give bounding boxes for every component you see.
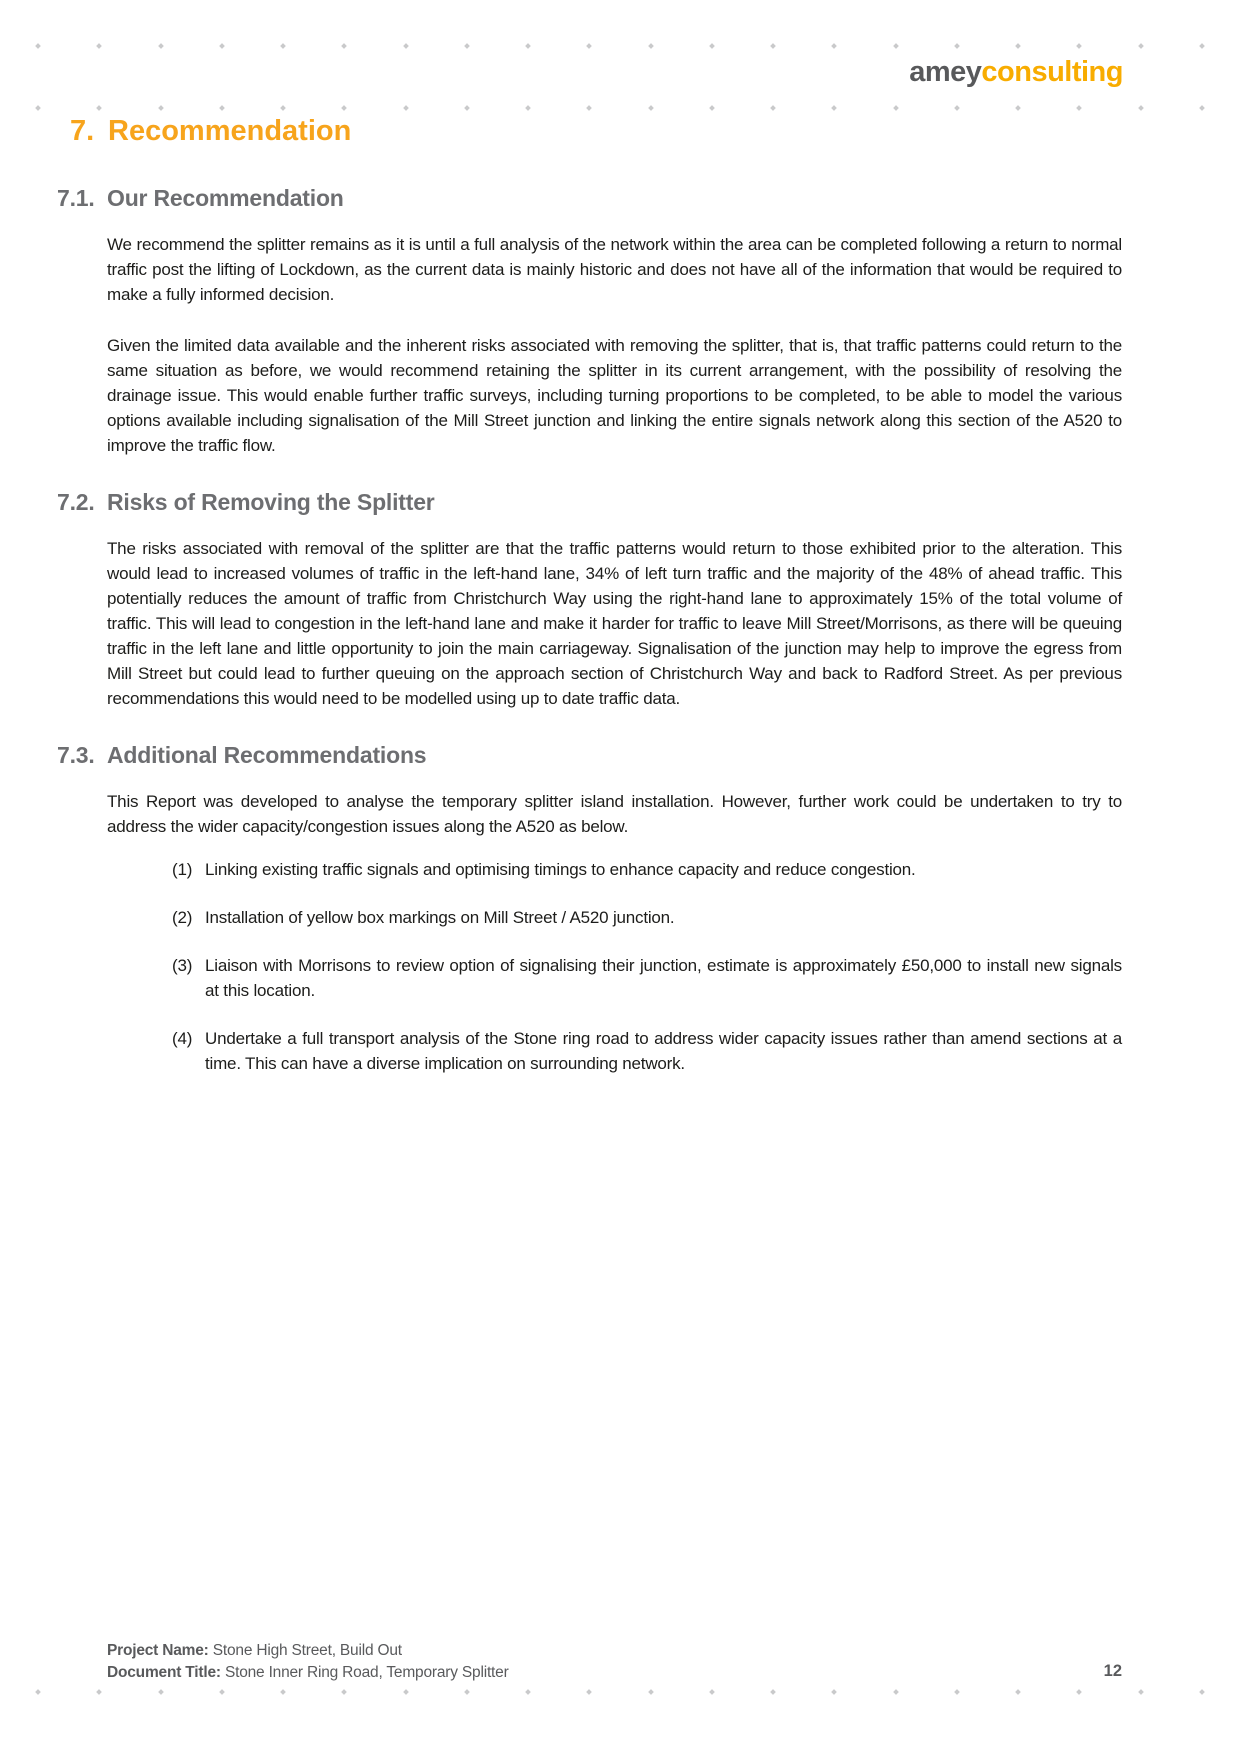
dot	[1015, 1689, 1021, 1695]
logo-consulting-text: consulting	[981, 56, 1123, 88]
dot	[35, 1689, 41, 1695]
recommendation-list: (1) Linking existing traffic signals and…	[172, 857, 1122, 1076]
list-item-marker: (4)	[172, 1026, 205, 1076]
document-title-value: Stone Inner Ring Road, Temporary Splitte…	[225, 1664, 509, 1681]
list-item-text: Undertake a full transport analysis of t…	[205, 1026, 1122, 1076]
dot	[96, 1689, 102, 1695]
logo-amey-text: amey	[909, 56, 981, 88]
paragraph: This Report was developed to analyse the…	[107, 789, 1122, 839]
section-title: Risks of Removing the Splitter	[107, 488, 435, 516]
decorative-dot-row-bottom	[0, 1690, 1240, 1694]
section-number: 7.3.	[57, 741, 107, 769]
dot	[893, 1689, 899, 1695]
dot	[1138, 1689, 1144, 1695]
dot	[1199, 1689, 1205, 1695]
section-number: 7.2.	[57, 488, 107, 516]
list-item-text: Liaison with Morrisons to review option …	[205, 953, 1122, 1003]
report-page: ameyconsulting 7. Recommendation 7.1. Ou…	[0, 0, 1240, 1754]
footer-project-line: Project Name: Stone High Street, Build O…	[107, 1640, 509, 1662]
dot	[831, 1689, 837, 1695]
list-item-marker: (2)	[172, 905, 205, 930]
paragraph: The risks associated with removal of the…	[107, 536, 1122, 711]
dot	[648, 1689, 654, 1695]
list-item-marker: (3)	[172, 953, 205, 1003]
chapter-number: 7.	[70, 114, 108, 148]
list-item: (4) Undertake a full transport analysis …	[172, 1026, 1122, 1076]
chapter-heading: 7. Recommendation	[70, 114, 1240, 148]
section-title: Our Recommendation	[107, 184, 344, 212]
list-item: (2) Installation of yellow box markings …	[172, 905, 1122, 930]
dot	[158, 1689, 164, 1695]
list-item-marker: (1)	[172, 857, 205, 882]
list-item-text: Linking existing traffic signals and opt…	[205, 857, 1122, 882]
dot	[770, 1689, 776, 1695]
page-footer: Project Name: Stone High Street, Build O…	[107, 1640, 509, 1684]
dot	[280, 1689, 286, 1695]
section-heading-7-2: 7.2. Risks of Removing the Splitter	[57, 488, 1240, 516]
dot	[1076, 1689, 1082, 1695]
section-heading-7-1: 7.1. Our Recommendation	[57, 184, 1240, 212]
section-heading-7-3: 7.3. Additional Recommendations	[57, 741, 1240, 769]
paragraph: Given the limited data available and the…	[107, 333, 1122, 458]
chapter-title: Recommendation	[108, 114, 351, 148]
project-name-label: Project Name:	[107, 1642, 209, 1659]
amey-consulting-logo: ameyconsulting	[909, 56, 1123, 89]
footer-document-line: Document Title: Stone Inner Ring Road, T…	[107, 1662, 509, 1684]
dot	[709, 1689, 715, 1695]
list-item-text: Installation of yellow box markings on M…	[205, 905, 1122, 930]
paragraph: We recommend the splitter remains as it …	[107, 232, 1122, 307]
document-body: 7. Recommendation 7.1. Our Recommendatio…	[0, 0, 1240, 1076]
dot	[525, 1689, 531, 1695]
section-title: Additional Recommendations	[107, 741, 426, 769]
list-item: (3) Liaison with Morrisons to review opt…	[172, 953, 1122, 1003]
dot	[403, 1689, 409, 1695]
project-name-value: Stone High Street, Build Out	[213, 1642, 402, 1659]
dot	[464, 1689, 470, 1695]
dot	[954, 1689, 960, 1695]
document-title-label: Document Title:	[107, 1664, 221, 1681]
dot	[586, 1689, 592, 1695]
dot	[341, 1689, 347, 1695]
dot	[219, 1689, 225, 1695]
section-number: 7.1.	[57, 184, 107, 212]
list-item: (1) Linking existing traffic signals and…	[172, 857, 1122, 882]
page-number: 12	[1104, 1662, 1122, 1681]
